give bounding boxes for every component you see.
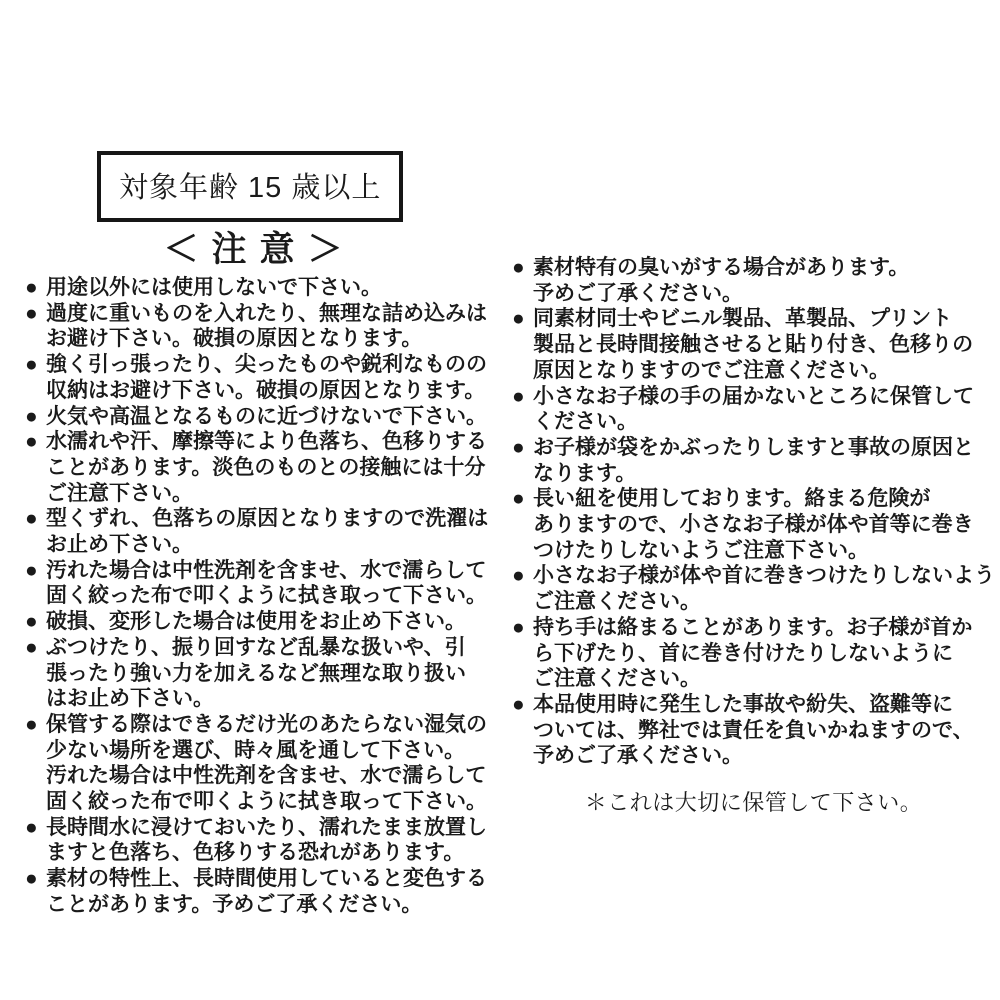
- bullet-icon: ●: [25, 301, 46, 327]
- list-item-text: ぶつけたり、振り回すなど乱暴な扱いや、引 張ったり強い力を加えるなど無理な取り扱…: [46, 635, 466, 712]
- list-item-text: 強く引っ張ったり、尖ったものや鋭利なものの 収納はお避け下さい。破損の原因となり…: [46, 352, 487, 403]
- bullet-icon: ●: [25, 866, 46, 892]
- keep-this-note: ＊これは大切に保管して下さい。: [512, 786, 995, 817]
- list-item-text: 過度に重いものを入れたり、無理な詰め込みは お避け下さい。破損の原因となります。: [46, 301, 487, 352]
- list-item-text: 汚れた場合は中性洗剤を含ませ、水で濡らして 固く絞った布で叩くように拭き取って下…: [46, 558, 487, 609]
- list-item-text: 長い紐を使用しております。絡まる危険が ありますので、小さなお子様が体や首等に巻…: [533, 486, 974, 563]
- list-item-text: 型くずれ、色落ちの原因となりますので洗濯は お止め下さい。: [46, 506, 488, 557]
- bullet-icon: ●: [25, 609, 46, 635]
- list-item: ● 強く引っ張ったり、尖ったものや鋭利なものの 収納はお避け下さい。破損の原因と…: [25, 352, 503, 403]
- list-item: ● 長時間水に浸けておいたり、濡れたまま放置し ますと色落ち、色移りする恐れがあ…: [25, 815, 503, 866]
- list-item: ● 本品使用時に発生した事故や紛失、盗難等に ついては、弊社では責任を負いかねま…: [512, 692, 1000, 769]
- list-item: ● ぶつけたり、振り回すなど乱暴な扱いや、引 張ったり強い力を加えるなど無理な取…: [25, 635, 503, 712]
- bullet-icon: ●: [25, 815, 46, 841]
- list-item: ● 火気や高温となるものに近づけないで下さい。: [25, 404, 503, 430]
- bullet-icon: ●: [25, 275, 46, 301]
- list-item-text: 本品使用時に発生した事故や紛失、盗難等に ついては、弊社では責任を負いかねますの…: [533, 692, 974, 769]
- list-item-text: 小さなお子様が体や首に巻きつけたりしないよう ご注意ください。: [533, 563, 995, 614]
- bullet-icon: ●: [25, 558, 46, 584]
- caution-sheet: 対象年齢 15 歳以上 ＜注意＞ ● 用途以外には使用しないで下さい。 ● 過度…: [0, 0, 1000, 1000]
- list-item: ● 用途以外には使用しないで下さい。: [25, 275, 503, 301]
- bullet-icon: ●: [25, 506, 46, 532]
- list-item-text: 火気や高温となるものに近づけないで下さい。: [46, 404, 487, 430]
- bullet-icon: ●: [512, 486, 533, 512]
- list-item: ● 長い紐を使用しております。絡まる危険が ありますので、小さなお子様が体や首等…: [512, 486, 1000, 563]
- warning-list-left: ● 用途以外には使用しないで下さい。 ● 過度に重いものを入れたり、無理な詰め込…: [25, 275, 503, 918]
- bullet-icon: ●: [25, 429, 46, 455]
- list-item: ● お子様が袋をかぶったりしますと事故の原因と なります。: [512, 435, 1000, 486]
- bullet-icon: ●: [512, 306, 533, 332]
- list-item-text: 水濡れや汗、摩擦等により色落ち、色移りする ことがあります。淡色のものとの接触に…: [46, 429, 487, 506]
- list-item-text: 用途以外には使用しないで下さい。: [46, 275, 382, 301]
- bullet-icon: ●: [512, 435, 533, 461]
- list-item: ● 小さなお子様が体や首に巻きつけたりしないよう ご注意ください。: [512, 563, 1000, 614]
- list-item: ● 水濡れや汗、摩擦等により色落ち、色移りする ことがあります。淡色のものとの接…: [25, 429, 503, 506]
- warning-list-right: ● 素材特有の臭いがする場合があります。 予めご了承ください。 ● 同素材同士や…: [512, 255, 1000, 769]
- list-item-text: 持ち手は絡まることがあります。お子様が首か ら下げたり、首に巻き付けたりしないよ…: [533, 615, 972, 692]
- bullet-icon: ●: [25, 635, 46, 661]
- list-item-text: 素材の特性上、長時間使用していると変色する ことがあります。予めご了承ください。: [46, 866, 487, 917]
- bullet-icon: ●: [25, 404, 46, 430]
- list-item: ● 型くずれ、色落ちの原因となりますので洗濯は お止め下さい。: [25, 506, 503, 557]
- list-item-text: 破損、変形した場合は使用をお止め下さい。: [46, 609, 466, 635]
- list-item-text: 小さなお子様の手の届かないところに保管して ください。: [533, 384, 974, 435]
- list-item-text: 素材特有の臭いがする場合があります。 予めご了承ください。: [533, 255, 909, 306]
- list-item: ● 汚れた場合は中性洗剤を含ませ、水で濡らして 固く絞った布で叩くように拭き取っ…: [25, 558, 503, 609]
- list-item-text: 保管する際はできるだけ光のあたらない湿気の 少ない場所を選び、時々風を通して下さ…: [46, 712, 487, 815]
- list-item: ● 保管する際はできるだけ光のあたらない湿気の 少ない場所を選び、時々風を通して…: [25, 712, 503, 815]
- list-item: ● 素材の特性上、長時間使用していると変色する ことがあります。予めご了承くださ…: [25, 866, 503, 917]
- list-item-text: 同素材同士やビニル製品、革製品、プリント 製品と長時間接触させると貼り付き、色移…: [533, 306, 973, 383]
- age-restriction-box: 対象年齢 15 歳以上: [97, 151, 403, 222]
- list-item: ● 持ち手は絡まることがあります。お子様が首か ら下げたり、首に巻き付けたりしな…: [512, 615, 1000, 692]
- bullet-icon: ●: [512, 563, 533, 589]
- bullet-icon: ●: [512, 384, 533, 410]
- list-item-text: 長時間水に浸けておいたり、濡れたまま放置し ますと色落ち、色移りする恐れがありま…: [46, 815, 487, 866]
- bullet-icon: ●: [512, 615, 533, 641]
- list-item: ● 小さなお子様の手の届かないところに保管して ください。: [512, 384, 1000, 435]
- list-item: ● 素材特有の臭いがする場合があります。 予めご了承ください。: [512, 255, 1000, 306]
- page-title: ＜注意＞: [0, 222, 506, 272]
- list-item: ● 同素材同士やビニル製品、革製品、プリント 製品と長時間接触させると貼り付き、…: [512, 306, 1000, 383]
- list-item: ● 破損、変形した場合は使用をお止め下さい。: [25, 609, 503, 635]
- age-restriction-label: 対象年齢 15 歳以上: [119, 172, 381, 204]
- bullet-icon: ●: [512, 692, 533, 718]
- bullet-icon: ●: [512, 255, 533, 281]
- list-item-text: お子様が袋をかぶったりしますと事故の原因と なります。: [533, 435, 974, 486]
- bullet-icon: ●: [25, 352, 46, 378]
- bullet-icon: ●: [25, 712, 46, 738]
- list-item: ● 過度に重いものを入れたり、無理な詰め込みは お避け下さい。破損の原因となりま…: [25, 301, 503, 352]
